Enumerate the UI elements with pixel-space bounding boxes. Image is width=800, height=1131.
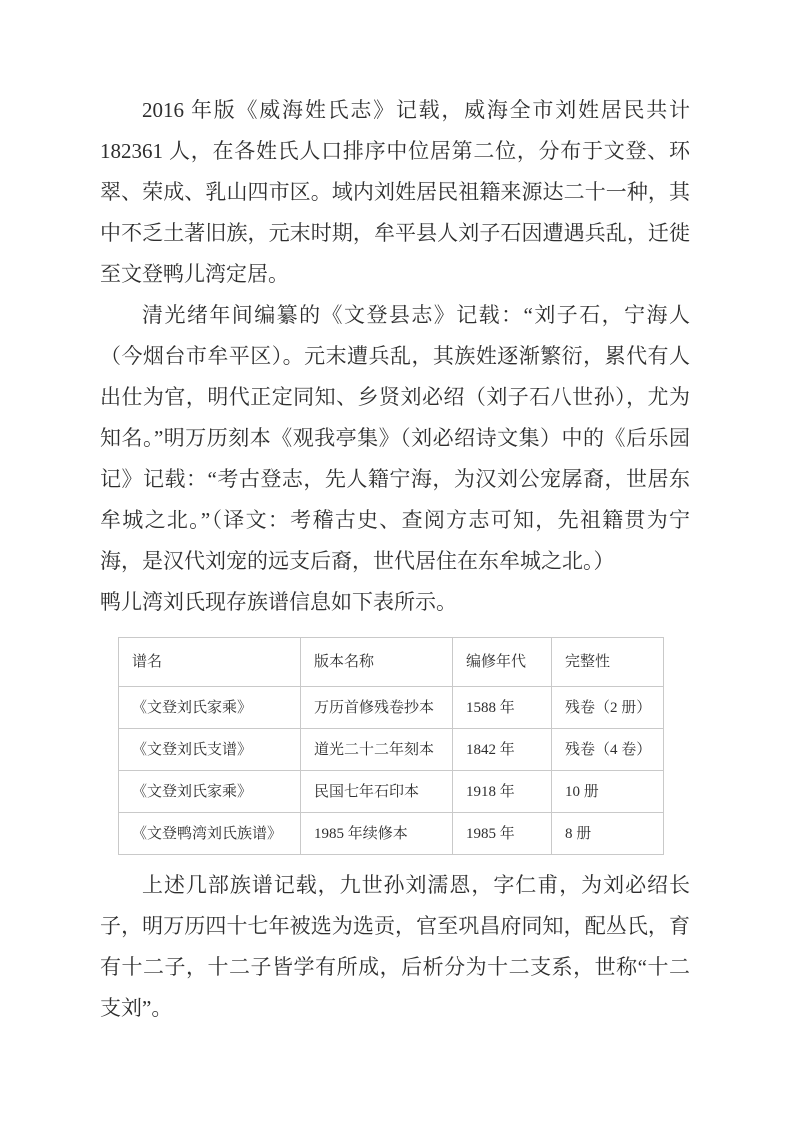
cell-edition-name: 民国七年石印本: [301, 771, 453, 813]
document-page: 2016 年版《威海姓氏志》记载，威海全市刘姓居民共计 182361 人，在各姓…: [100, 90, 690, 1029]
cell-compile-year: 1842 年: [453, 729, 552, 771]
cell-genealogy-name: 《文登刘氏支谱》: [119, 729, 301, 771]
cell-genealogy-name: 《文登刘氏家乘》: [119, 687, 301, 729]
paragraph-table-intro: 鸭儿湾刘氏现存族谱信息如下表所示。: [100, 582, 690, 623]
cell-compile-year: 1588 年: [453, 687, 552, 729]
header-cell-completeness: 完整性: [552, 638, 664, 687]
cell-completeness: 残卷（4 卷）: [552, 729, 664, 771]
cell-genealogy-name: 《文登鸭湾刘氏族谱》: [119, 813, 301, 855]
paragraph-intro: 2016 年版《威海姓氏志》记载，威海全市刘姓居民共计 182361 人，在各姓…: [100, 90, 690, 295]
header-cell-edition-name: 版本名称: [301, 638, 453, 687]
paragraph-county-annals: 清光绪年间编纂的《文登县志》记载：“刘子石，宁海人（今烟台市牟平区）。元末遭兵乱…: [100, 295, 690, 582]
cell-completeness: 10 册: [552, 771, 664, 813]
cell-compile-year: 1918 年: [453, 771, 552, 813]
paragraph-descendants: 上述几部族谱记载，九世孙刘濡恩，字仁甫，为刘必绍长子，明万历四十七年被选为选贡，…: [100, 865, 690, 1029]
table-row: 《文登刘氏支谱》 道光二十二年刻本 1842 年 残卷（4 卷）: [119, 729, 664, 771]
table-header-row: 谱名 版本名称 编修年代 完整性: [119, 638, 664, 687]
cell-edition-name: 1985 年续修本: [301, 813, 453, 855]
cell-edition-name: 道光二十二年刻本: [301, 729, 453, 771]
header-cell-genealogy-name: 谱名: [119, 638, 301, 687]
cell-completeness: 残卷（2 册）: [552, 687, 664, 729]
cell-completeness: 8 册: [552, 813, 664, 855]
genealogy-table: 谱名 版本名称 编修年代 完整性 《文登刘氏家乘》 万历首修残卷抄本 1588 …: [118, 637, 664, 855]
cell-compile-year: 1985 年: [453, 813, 552, 855]
cell-edition-name: 万历首修残卷抄本: [301, 687, 453, 729]
table-row: 《文登鸭湾刘氏族谱》 1985 年续修本 1985 年 8 册: [119, 813, 664, 855]
table-row: 《文登刘氏家乘》 万历首修残卷抄本 1588 年 残卷（2 册）: [119, 687, 664, 729]
table-row: 《文登刘氏家乘》 民国七年石印本 1918 年 10 册: [119, 771, 664, 813]
cell-genealogy-name: 《文登刘氏家乘》: [119, 771, 301, 813]
header-cell-compile-year: 编修年代: [453, 638, 552, 687]
